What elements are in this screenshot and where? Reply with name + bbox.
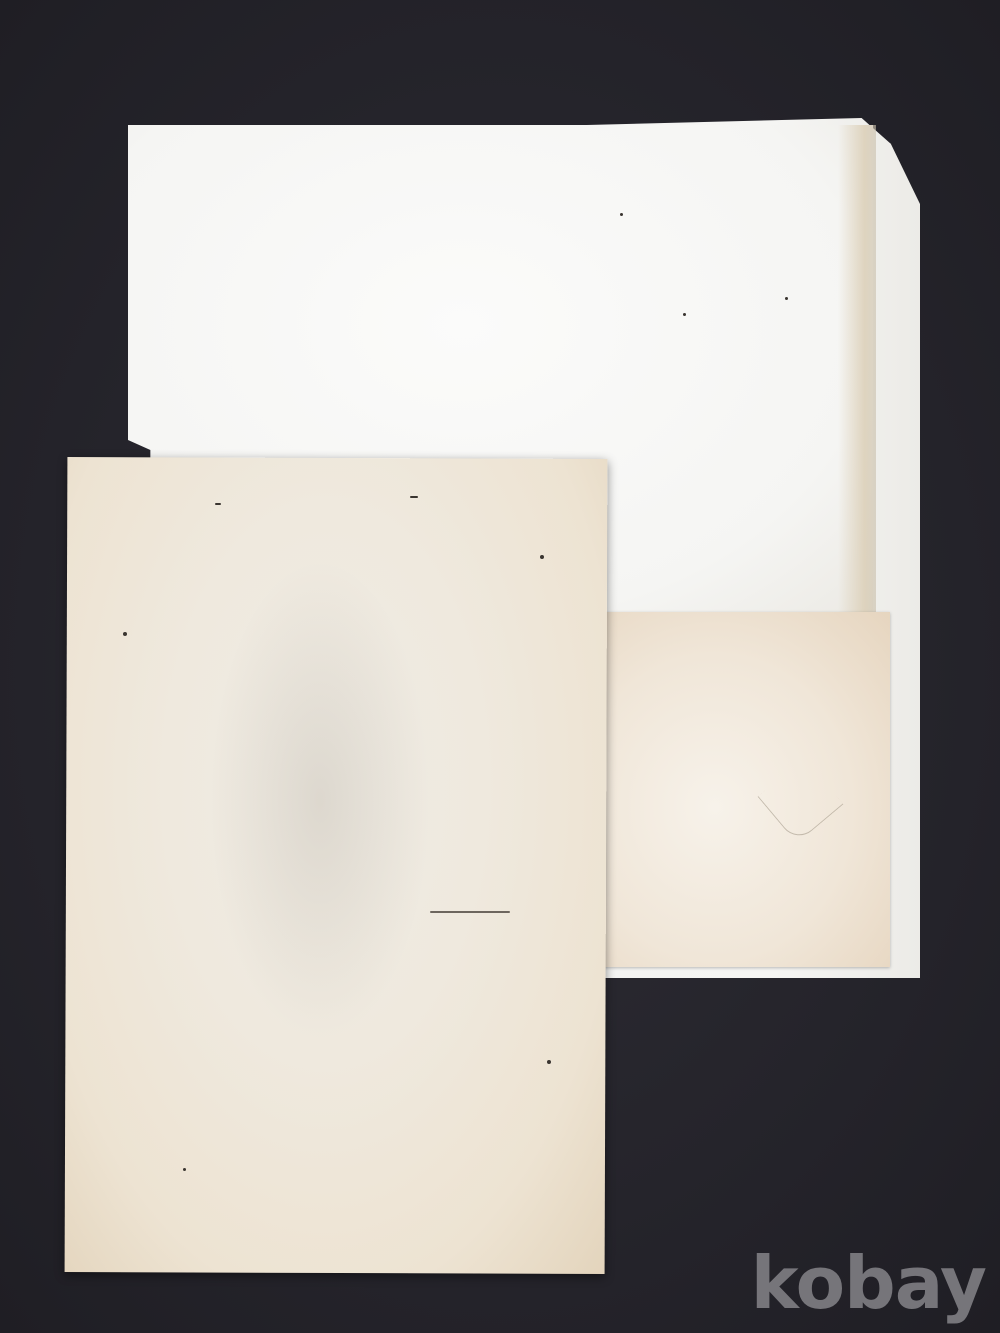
paper-speck — [410, 496, 418, 498]
lower-right-paper-sheet — [598, 612, 890, 967]
kobay-watermark: kobay — [751, 1241, 986, 1325]
paper-speck — [620, 213, 623, 216]
paper-speck — [540, 555, 544, 559]
paper-speck — [215, 503, 221, 505]
paper-mark — [430, 911, 510, 913]
paper-speck — [785, 297, 788, 300]
paper-speck — [183, 1168, 186, 1171]
paper-speck — [547, 1060, 551, 1064]
paper-speck — [123, 632, 127, 636]
stained-paper-edge — [838, 125, 876, 625]
paper-speck — [683, 313, 686, 316]
paper-shadow — [210, 560, 430, 1040]
